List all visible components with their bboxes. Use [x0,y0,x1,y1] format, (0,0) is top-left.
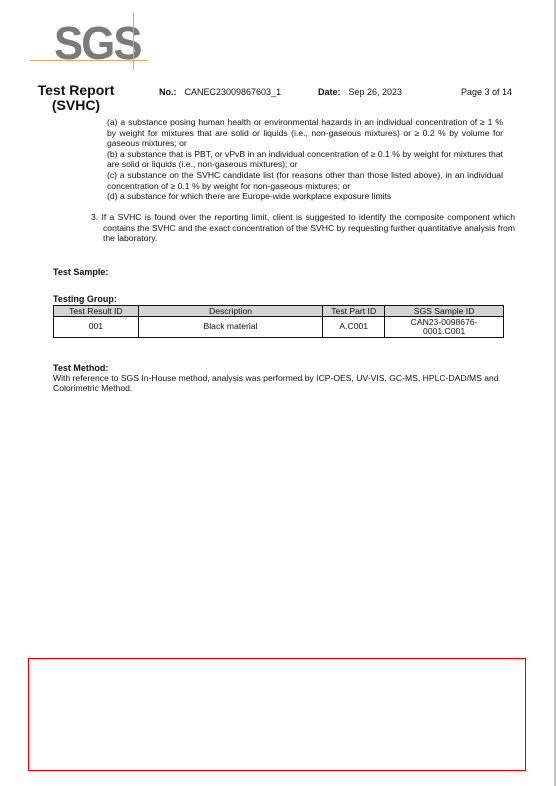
test-sample-label: Test Sample: [53,267,108,277]
report-number: No.:CANEC23009867603_1 [159,87,281,97]
table-header-row: Test Result ID Description Test Part ID … [54,306,504,317]
logo-vertical-line [133,13,134,70]
page-number: Page 3 of 14 [461,87,512,97]
header-description: Description [138,306,322,317]
svhc-criteria-list: (a) a substance posing human health or e… [107,117,503,202]
table-row: 001 Black material A.C001 CAN23-0098676-… [54,317,504,338]
sgs-logo: SGS [28,10,153,72]
test-method-text: With reference to SGS In-House method, a… [53,373,513,393]
report-title: Test Report (SVHC) [31,83,121,113]
report-title-line2: (SVHC) [31,98,121,113]
criterion-d: (d) a substance for which there are Euro… [107,191,503,202]
report-number-label: No.: [159,87,177,97]
header-test-result-id: Test Result ID [54,306,139,317]
testing-group-table: Test Result ID Description Test Part ID … [53,305,504,338]
cell-sgs-sample-id: CAN23-0098676-0001.C001 [385,317,504,338]
report-title-line1: Test Report [31,83,121,98]
report-date-value: Sep 26, 2023 [349,87,403,97]
report-date-label: Date: [318,87,341,97]
cell-test-result-id: 001 [54,317,139,338]
report-number-value: CANEC23009867603_1 [185,87,282,97]
criterion-b: (b) a substance that is PBT, or vPvB in … [107,149,503,170]
header-sgs-sample-id: SGS Sample ID [385,306,504,317]
logo-horizontal-line [30,60,148,61]
cell-test-part-id: A.C001 [323,317,385,338]
testing-group-label: Testing Group: [53,294,117,304]
test-method-label: Test Method: [53,363,513,373]
report-date: Date:Sep 26, 2023 [318,87,402,97]
cell-description: Black material [138,317,322,338]
criterion-a: (a) a substance posing human health or e… [107,117,503,149]
header-test-part-id: Test Part ID [323,306,385,317]
redaction-box [28,658,526,771]
note-3: 3. If a SVHC is found over the reporting… [91,212,515,244]
test-method-section: Test Method: With reference to SGS In-Ho… [53,363,513,393]
criterion-c: (c) a substance on the SVHC candidate li… [107,170,503,191]
